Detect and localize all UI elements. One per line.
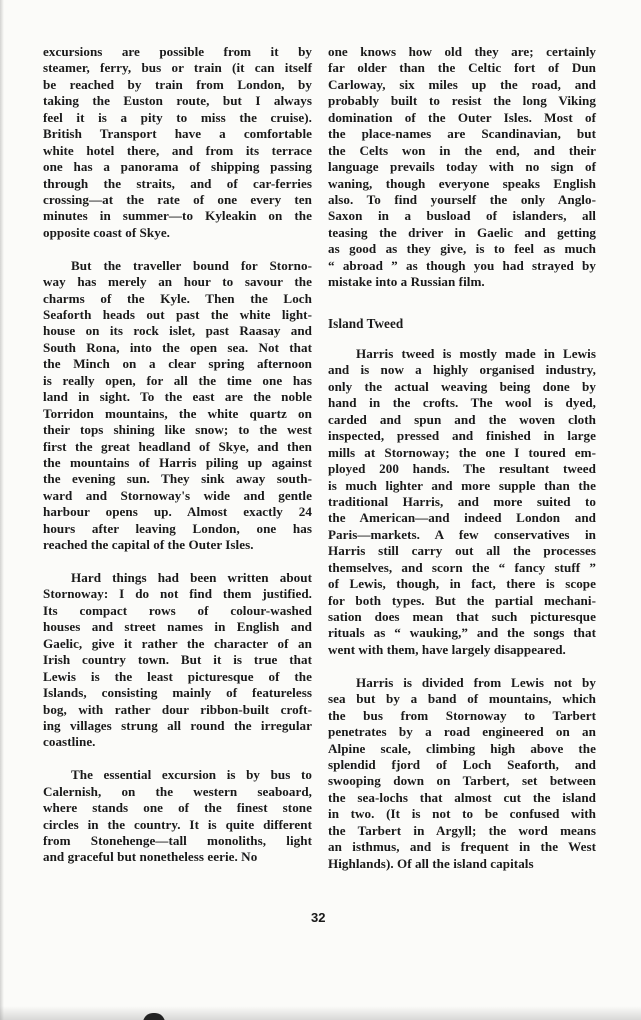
text-line: from Stonehenge—tall monoliths, light [43,833,312,849]
text-line: swooping down on Tarbert, set between [328,773,596,789]
text-line: Stornoway: I do not find them justified. [43,586,312,602]
section-gap [328,332,596,346]
text-line: penetrates by a road engineered on an [328,724,596,740]
text-line: the bus from Stornoway to Tarbert [328,708,596,724]
text-line: ward and Stornoway's wide and gentle [43,488,312,504]
text-line: teasing the driver in Gaelic and getting [328,225,596,241]
text-line: the mountains of Harris piling up agains… [43,455,312,471]
text-line: ing villages strung all round the irregu… [43,718,312,734]
text-line: bog, with rather dour ribbon-built croft… [43,702,312,718]
text-line: waning, though everyone speaks English [328,176,596,192]
text-line: rituals as “ wauking,” and the songs tha… [328,625,596,641]
text-line: hours after leaving London, one has [43,521,312,537]
text-line: Its compact rows of colour-washed [43,603,312,619]
paragraph: one knows how old they are; certainlyfar… [328,44,596,291]
text-line: through the straits, and of car-ferries [43,176,312,192]
text-line: feel it is a pity to miss the cruise). [43,110,312,126]
text-line: only the actual weaving being done by [328,379,596,395]
paragraph-gap [328,658,596,674]
text-line: traditional Harris, and more suited to [328,494,596,510]
text-line: way has merely an hour to savour the [43,274,312,290]
text-line: the Celts won in the end, and their [328,143,596,159]
text-line: Harris is divided from Lewis not by [328,675,596,691]
text-line: hand in the crofts. The wool is dyed, [328,395,596,411]
text-line: Torridon mountains, the white quartz on [43,406,312,422]
section-gap [328,291,596,316]
text-line: Highlands). Of all the island capitals [328,856,596,872]
text-line: language prevails today with no sign of [328,159,596,175]
text-line: harbour opens up. Almost exactly 24 [43,504,312,520]
paragraph-gap [43,241,312,257]
text-line: the place-names are Scandinavian, but [328,126,596,142]
text-line: probably built to resist the long Viking [328,93,596,109]
text-line: taking the Euston route, but I always [43,93,312,109]
text-line: went with them, have largely disappeared… [328,642,596,658]
text-line: also. To find yourself the only Anglo- [328,192,596,208]
text-line: excursions are possible from it by [43,44,312,60]
text-line: Irish country town. But it is true that [43,652,312,668]
paragraph: Harris is divided from Lewis not bysea b… [328,675,596,872]
text-line: the Tarbert in Argyll; the word means [328,823,596,839]
text-line: one has a panorama of shipping passing [43,159,312,175]
text-line: an isthmus, and is frequent in the West [328,839,596,855]
paragraph: excursions are possible from it bysteame… [43,44,312,241]
text-line: Calernish, on the western seaboard, [43,784,312,800]
text-line: the sea-lochs that almost cut the island [328,790,596,806]
text-line: Harris tweed is mostly made in Lewis [328,346,596,362]
text-line: is much lighter and more supple than the [328,478,596,494]
text-line: sation does mean that such picturesque [328,609,596,625]
text-line: The essential excursion is by bus to [43,767,312,783]
text-line: South Rona, into the open sea. Not that [43,340,312,356]
text-line: far older than the Celtic fort of Dun [328,60,596,76]
text-line: of Lewis, though, in fact, there is scop… [328,576,596,592]
text-line: circles in the country. It is quite diff… [43,817,312,833]
text-line: charms of the Kyle. Then the Loch [43,291,312,307]
text-line: coastline. [43,734,312,750]
text-line: mills at Stornoway; the one I toured em- [328,445,596,461]
text-line: the Minch on a clear spring afternoon [43,356,312,372]
text-line: Harris still carry out all the processes [328,543,596,559]
text-line: Islands, consisting mainly of featureles… [43,685,312,701]
text-line: ployed 200 hands. The resultant tweed [328,461,596,477]
text-line: and graceful but nonetheless eerie. No [43,849,312,865]
text-line: themselves, and scorn the “ fancy stuff … [328,560,596,576]
left-column: excursions are possible from it bysteame… [43,44,312,866]
text-line: houses and street names in English and [43,619,312,635]
text-line: be reached by train from London, by [43,77,312,93]
text-line: for both types. But the partial mechani- [328,593,596,609]
text-line: land in sight. To the east are the noble [43,389,312,405]
text-line: first the great headland of Skye, and th… [43,439,312,455]
text-line: steamer, ferry, bus or train (it can its… [43,60,312,76]
text-line: as good as they give, is to feel as much [328,241,596,257]
text-line: Carloway, six miles up the road, and [328,77,596,93]
paragraph: But the traveller bound for Storno-way h… [43,258,312,554]
text-line: Alpine scale, climbing high above the [328,741,596,757]
section-heading: Island Tweed [328,316,596,332]
text-line: house on its rock islet, past Raasay and [43,323,312,339]
page-number: 32 [311,910,325,925]
book-page: excursions are possible from it bysteame… [0,0,641,1020]
text-line: is really open, for all the time one has [43,373,312,389]
text-line: and is now a highly organised industry, [328,362,596,378]
text-line: one knows how old they are; certainly [328,44,596,60]
text-line: Paris—markets. A few conservatives in [328,527,596,543]
text-line: in two. (It is not to be confused with [328,806,596,822]
text-line: “ abroad ” as though you had strayed by [328,258,596,274]
paragraph: Harris tweed is mostly made in Lewisand … [328,346,596,658]
text-line: mistake into a Russian film. [328,274,596,290]
paragraph-gap [43,554,312,570]
text-line: carded and spun and the woven cloth [328,412,596,428]
paragraph: The essential excursion is by bus toCale… [43,767,312,866]
text-line: Gaelic, give it rather the character of … [43,636,312,652]
text-line: reached the capital of the Outer Isles. [43,537,312,553]
text-line: Saxon in a busload of islanders, all [328,208,596,224]
text-line: splendid fjord of Loch Seaforth, and [328,757,596,773]
text-line: domination of the Outer Isles. Most of [328,110,596,126]
text-line: their tops shining like snow; to the wes… [43,422,312,438]
text-line: opposite coast of Skye. [43,225,312,241]
text-line: Seaforth heads out past the white light- [43,307,312,323]
text-line: But the traveller bound for Storno- [43,258,312,274]
paragraph: Hard things had been written aboutStorno… [43,570,312,751]
text-line: British Transport have a comfortable [43,126,312,142]
text-line: inspected, pressed and finished in large [328,428,596,444]
text-line: the American—and indeed London and [328,510,596,526]
paragraph-gap [43,751,312,767]
page-bottom-shadow [0,1006,641,1020]
text-line: sea but by a band of mountains, which [328,691,596,707]
text-line: Hard things had been written about [43,570,312,586]
right-column: one knows how old they are; certainlyfar… [328,44,596,872]
text-line: crossing—at the rate of one every ten [43,192,312,208]
text-line: minutes in summer—to Kyleakin on the [43,208,312,224]
text-line: where stands one of the finest stone [43,800,312,816]
text-line: Lewis is the least picturesque of the [43,669,312,685]
page-edge-shadow [0,0,4,1020]
text-line: the evening sun. They sink away south- [43,471,312,487]
text-line: white hotel there, and from its terrace [43,143,312,159]
